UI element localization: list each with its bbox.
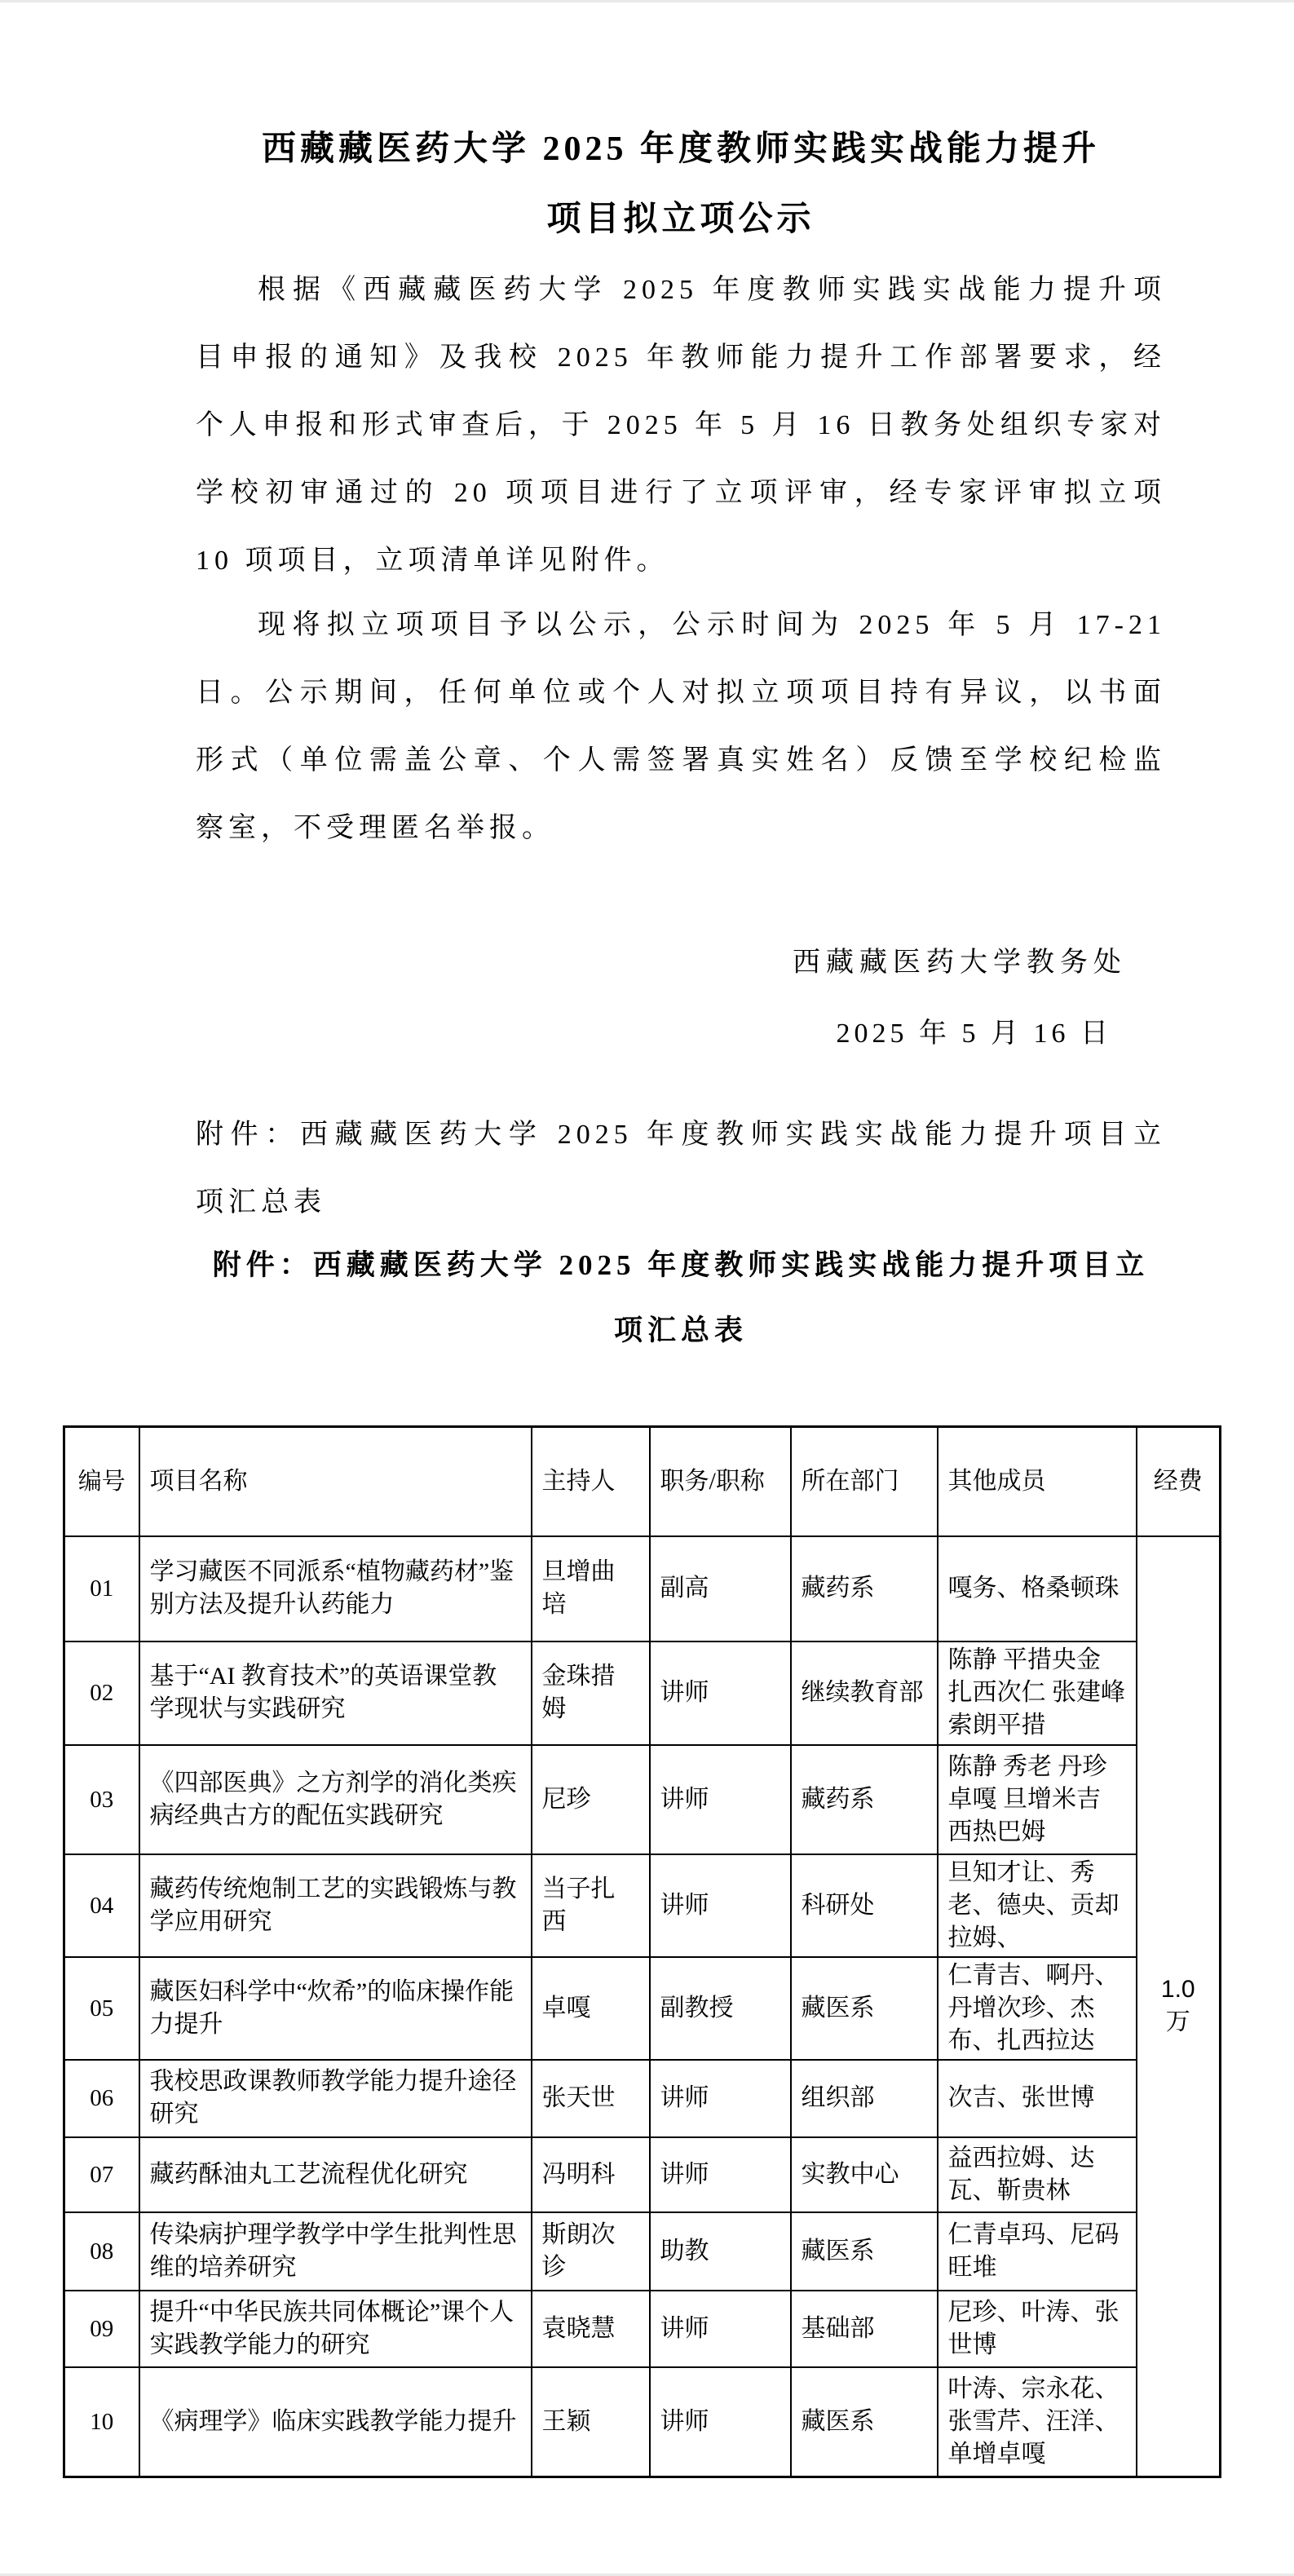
table-row: 05 藏医妇科学中“炊希”的临床操作能力提升 卓嘎 副教授 藏医系 仁青吉、啊丹… (64, 1957, 1221, 2060)
cell-leader: 金珠措姆 (532, 1641, 650, 1745)
cell-dept: 基础部 (791, 2291, 938, 2367)
page-title-line-1: 西藏藏医药大学 2025 年度教师实践实战能力提升 (196, 114, 1166, 184)
cell-post: 副教授 (650, 1957, 791, 2060)
cell-members: 叶涛、宗永花、张雪芹、汪洋、单增卓嘎 (938, 2367, 1137, 2477)
cell-leader: 旦增曲培 (532, 1536, 650, 1641)
paragraph-line: 10 项项目，立项清单详见附件。 (196, 527, 1166, 594)
cell-leader: 张天世 (532, 2060, 650, 2137)
cell-post: 副高 (650, 1536, 791, 1641)
paragraph-line: 根据《西藏藏医药大学 2025 年度教师实践实战能力提升项 (196, 256, 1166, 324)
table-row: 06 我校思政课教师教学能力提升途径研究 张天世 讲师 组织部 次吉、张世博 (64, 2060, 1221, 2137)
paragraph-line: 察室，不受理匿名举报。 (196, 794, 1166, 862)
cell-members: 旦知才让、秀老、德央、贡却拉姆、 (938, 1854, 1137, 1957)
cell-no: 09 (64, 2291, 139, 2367)
header-no: 编号 (64, 1427, 139, 1536)
cell-members: 陈静 秀老 丹珍卓嘎 旦增米吉 西热巴姆 (938, 1745, 1137, 1854)
paragraph-1: 根据《西藏藏医药大学 2025 年度教师实践实战能力提升项 目申报的通知》及我校… (196, 256, 1166, 594)
cell-post: 讲师 (650, 1641, 791, 1745)
cell-no: 07 (64, 2137, 139, 2212)
cell-dept: 藏医系 (791, 2212, 938, 2291)
attachment-heading-line: 项汇总表 (196, 1298, 1166, 1363)
paragraph-line: 现将拟立项项目予以公示，公示时间为 2025 年 5 月 17-21 (196, 591, 1166, 659)
cell-fee: 1.0 万 (1137, 1536, 1221, 2477)
table-row: 08 传染病护理学教学中学生批判性思维的培养研究 斯朗次诊 助教 藏医系 仁青卓… (64, 2212, 1221, 2291)
cell-no: 03 (64, 1745, 139, 1854)
cell-dept: 组织部 (791, 2060, 938, 2137)
cell-post: 讲师 (650, 1854, 791, 1957)
cell-no: 02 (64, 1641, 139, 1745)
table-row: 10 《病理学》临床实践教学能力提升 王颖 讲师 藏医系 叶涛、宗永花、张雪芹、… (64, 2367, 1221, 2477)
cell-no: 01 (64, 1536, 139, 1641)
cell-project: 藏药传统炮制工艺的实践锻炼与教学应用研究 (139, 1854, 532, 1957)
paragraph-line: 形式（单位需盖公章、个人需签署真实姓名）反馈至学校纪检监 (196, 727, 1166, 794)
cell-leader: 斯朗次诊 (532, 2212, 650, 2291)
cell-leader: 袁晓慧 (532, 2291, 650, 2367)
paragraph-line: 日。公示期间，任何单位或个人对拟立项项目持有异议，以书面 (196, 659, 1166, 727)
header-project: 项目名称 (139, 1427, 532, 1536)
cell-members: 仁青吉、啊丹、丹增次珍、杰布、扎西拉达 (938, 1957, 1137, 2060)
header-leader: 主持人 (532, 1427, 650, 1536)
cell-project: 《四部医典》之方剂学的消化类疾病经典古方的配伍实践研究 (139, 1745, 532, 1854)
table-row: 03 《四部医典》之方剂学的消化类疾病经典古方的配伍实践研究 尼珍 讲师 藏药系… (64, 1745, 1221, 1854)
signature-org: 西藏藏医药大学教务处 (793, 946, 1127, 980)
header-fee: 经费 (1137, 1427, 1221, 1536)
page-title: 西藏藏医药大学 2025 年度教师实践实战能力提升 项目拟立项公示 (196, 114, 1166, 254)
table-row: 04 藏药传统炮制工艺的实践锻炼与教学应用研究 当子扎西 讲师 科研处 旦知才让… (64, 1854, 1221, 1957)
signature-date: 2025 年 5 月 16 日 (837, 1017, 1113, 1051)
table-row: 02 基于“AI 教育技术”的英语课堂教学现状与实践研究 金珠措姆 讲师 继续教… (64, 1641, 1221, 1745)
cell-dept: 藏药系 (791, 1745, 938, 1854)
cell-members: 陈静 平措央金 扎西次仁 张建峰 索朗平措 (938, 1641, 1137, 1745)
cell-members: 益西拉姆、达瓦、靳贵林 (938, 2137, 1137, 2212)
table-header-row: 编号 项目名称 主持人 职务/职称 所在部门 其他成员 经费 (64, 1427, 1221, 1536)
document-page: 西藏藏医药大学 2025 年度教师实践实战能力提升 项目拟立项公示 根据《西藏藏… (0, 0, 1294, 2576)
cell-dept: 继续教育部 (791, 1641, 938, 1745)
attachment-heading-line: 附件：西藏藏医药大学 2025 年度教师实践实战能力提升项目立 (196, 1233, 1166, 1298)
paragraph-line: 目申报的通知》及我校 2025 年教师能力提升工作部署要求，经 (196, 324, 1166, 391)
cell-no: 06 (64, 2060, 139, 2137)
cell-leader: 卓嘎 (532, 1957, 650, 2060)
cell-no: 10 (64, 2367, 139, 2477)
header-members: 其他成员 (938, 1427, 1137, 1536)
cell-leader: 王颖 (532, 2367, 650, 2477)
cell-no: 08 (64, 2212, 139, 2291)
paragraph-line: 学校初审通过的 20 项项目进行了立项评审，经专家评审拟立项 (196, 459, 1166, 527)
table-row: 01 学习藏医不同派系“植物藏药材”鉴别方法及提升认药能力 旦增曲培 副高 藏药… (64, 1536, 1221, 1641)
header-post: 职务/职称 (650, 1427, 791, 1536)
cell-post: 讲师 (650, 2060, 791, 2137)
paragraph-line: 个人申报和形式审查后，于 2025 年 5 月 16 日教务处组织专家对 (196, 391, 1166, 459)
projects-table: 编号 项目名称 主持人 职务/职称 所在部门 其他成员 经费 01 学习藏医不同… (63, 1425, 1221, 2478)
header-dept: 所在部门 (791, 1427, 938, 1536)
table-row: 09 提升“中华民族共同体概论”课个人实践教学能力的研究 袁晓慧 讲师 基础部 … (64, 2291, 1221, 2367)
cell-no: 05 (64, 1957, 139, 2060)
cell-project: 传染病护理学教学中学生批判性思维的培养研究 (139, 2212, 532, 2291)
cell-dept: 藏医系 (791, 1957, 938, 2060)
cell-dept: 科研处 (791, 1854, 938, 1957)
cell-project: 《病理学》临床实践教学能力提升 (139, 2367, 532, 2477)
cell-dept: 藏医系 (791, 2367, 938, 2477)
cell-members: 嘎务、格桑顿珠 (938, 1536, 1137, 1641)
cell-project: 藏药酥油丸工艺流程优化研究 (139, 2137, 532, 2212)
cell-members: 尼珍、叶涛、张世博 (938, 2291, 1137, 2367)
cell-leader: 尼珍 (532, 1745, 650, 1854)
cell-project: 藏医妇科学中“炊希”的临床操作能力提升 (139, 1957, 532, 2060)
cell-members: 仁青卓玛、尼码旺堆 (938, 2212, 1137, 2291)
cell-project: 学习藏医不同派系“植物藏药材”鉴别方法及提升认药能力 (139, 1536, 532, 1641)
cell-leader: 冯明科 (532, 2137, 650, 2212)
cell-project: 提升“中华民族共同体概论”课个人实践教学能力的研究 (139, 2291, 532, 2367)
cell-no: 04 (64, 1854, 139, 1957)
cell-project: 我校思政课教师教学能力提升途径研究 (139, 2060, 532, 2137)
attachment-heading: 附件：西藏藏医药大学 2025 年度教师实践实战能力提升项目立 项汇总表 (196, 1233, 1166, 1363)
cell-post: 讲师 (650, 2291, 791, 2367)
attachment-note: 附件：西藏藏医药大学 2025 年度教师实践实战能力提升项目立 项汇总表 (196, 1101, 1166, 1236)
cell-leader: 当子扎西 (532, 1854, 650, 1957)
table-row: 07 藏药酥油丸工艺流程优化研究 冯明科 讲师 实教中心 益西拉姆、达瓦、靳贵林 (64, 2137, 1221, 2212)
paragraph-2: 现将拟立项项目予以公示，公示时间为 2025 年 5 月 17-21 日。公示期… (196, 591, 1166, 862)
cell-post: 讲师 (650, 1745, 791, 1854)
attachment-note-line: 项汇总表 (196, 1169, 1166, 1236)
cell-post: 助教 (650, 2212, 791, 2291)
cell-dept: 实教中心 (791, 2137, 938, 2212)
cell-dept: 藏药系 (791, 1536, 938, 1641)
cell-members: 次吉、张世博 (938, 2060, 1137, 2137)
cell-post: 讲师 (650, 2137, 791, 2212)
cell-project: 基于“AI 教育技术”的英语课堂教学现状与实践研究 (139, 1641, 532, 1745)
attachment-note-line: 附件：西藏藏医药大学 2025 年度教师实践实战能力提升项目立 (196, 1101, 1166, 1169)
page-title-line-2: 项目拟立项公示 (196, 184, 1166, 254)
cell-post: 讲师 (650, 2367, 791, 2477)
page-top-edge (0, 0, 1294, 2)
